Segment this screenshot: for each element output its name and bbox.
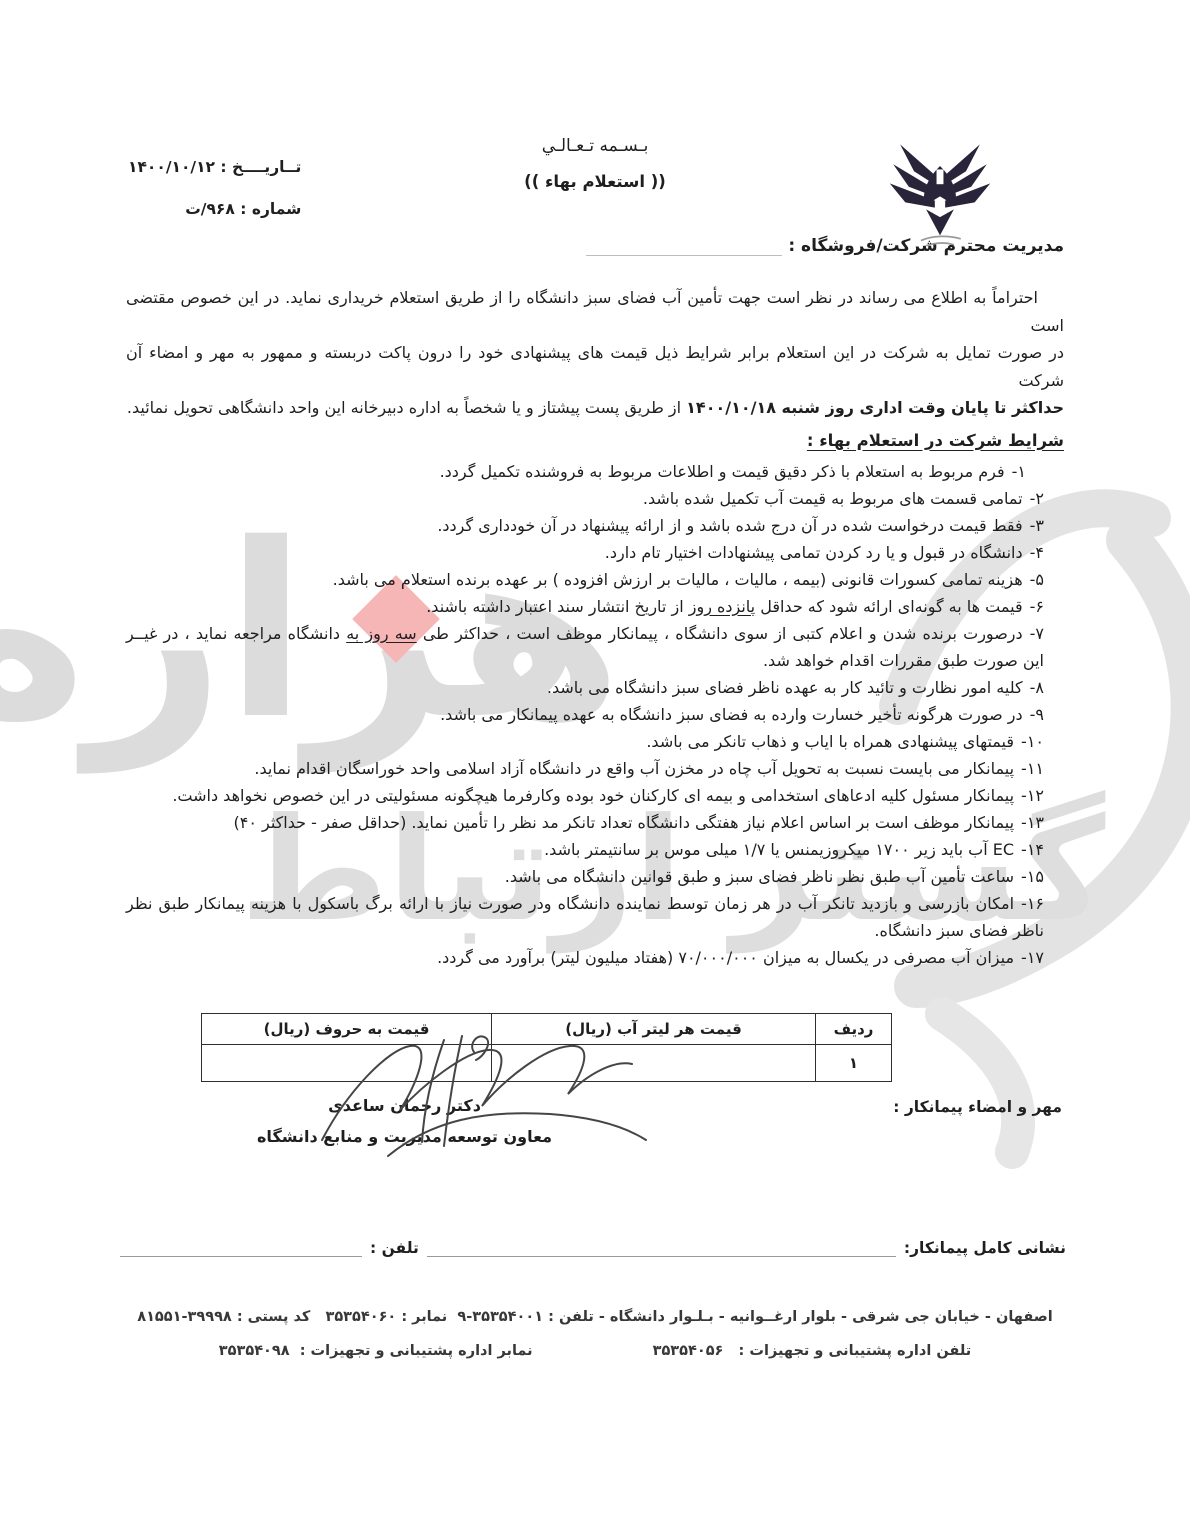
condition-underlined-text: سه روز به	[346, 624, 417, 643]
condition-text: پیمانکار موظف است بر اساس اعلام نیاز هفت…	[234, 813, 1015, 832]
condition-text: میزان آب مصرفی در یکسال به میزان ۷۰/۰۰۰/…	[437, 948, 1014, 967]
condition-number: ۱۶-	[1021, 894, 1044, 913]
condition-text: کلیه امور نظارت و تائید کار به عهده ناظر…	[547, 678, 1023, 697]
signature-scribble	[292, 1022, 687, 1174]
contractor-stamp-label: مهر و امضاء پیمانکار :	[893, 1098, 1062, 1116]
date-row: تــاريــــخ : ۱۴۰۰/۱۰/۱۲	[128, 158, 301, 176]
condition-text: ساعت تأمین آب طبق نظر ناظر فضای سبز و طب…	[505, 867, 1014, 886]
condition-text: دانشگاه در قبول و یا رد کردن تمامی پیشنه…	[605, 543, 1023, 562]
address-blank-line	[427, 1238, 896, 1257]
condition-item-7: ۷-درصورت برنده شدن و اعلام کتبی از سوی د…	[126, 620, 1064, 674]
condition-text: درصورت برنده شدن و اعلام کتبی از سوی دان…	[417, 624, 1023, 643]
recipient-row: مديريت محترم شركت/فروشگاه :	[586, 236, 1064, 256]
condition-text: پیمانکار می بایست نسبت به تحویل آب چاه د…	[254, 759, 1014, 778]
condition-item-8: ۸-کلیه امور نظارت و تائید کار به عهده نا…	[126, 674, 1064, 701]
intro-line-2: در صورت تمایل به شرکت در این استعلام برا…	[126, 339, 1064, 394]
contractor-address-row: نشانی کامل پیمانکار: تلفن :	[120, 1238, 1066, 1257]
footer-support-phone: تلفن اداره پشتیبانی و تجهیزات : ۳۵۳۵۴۰۵۶	[653, 1334, 972, 1368]
number-label: شماره :	[240, 200, 301, 218]
condition-item-12: ۱۲-پیمانکار مسئول کلیه ادعاهای استخدامی …	[126, 782, 1064, 809]
date-value: ۱۴۰۰/۱۰/۱۲	[128, 158, 215, 176]
condition-item-4: ۴-دانشگاه در قبول و یا رد کردن تمامی پیش…	[126, 539, 1064, 566]
phone-label: تلفن :	[370, 1239, 419, 1257]
letter-body: احتراماً به اطلاع می رساند در نظر است جه…	[126, 284, 1064, 1082]
condition-item-5: ۵-هزینه تمامی کسورات قانونی (بیمه ، مالی…	[126, 566, 1064, 593]
intro-line-1: احتراماً به اطلاع می رساند در نظر است جه…	[126, 284, 1064, 339]
condition-item-9: ۹-در صورت هرگونه تأخیر خسارت وارده به فض…	[126, 701, 1064, 728]
price-table-header-cell: ردیف	[816, 1013, 892, 1044]
condition-number: ۱۲-	[1021, 786, 1044, 805]
intro-line-3-rest: از طریق پست پیشتاز و یا شخصاً به اداره د…	[127, 398, 686, 417]
recipient-blank-line	[586, 237, 782, 256]
condition-text: تمامی قسمت های مربوط به قیمت آب تکمیل شد…	[643, 489, 1023, 508]
condition-number: ۱۳-	[1021, 813, 1044, 832]
condition-text: EC آب باید زیر ۱۷۰۰ میکروزیمنس یا ۱/۷ می…	[544, 840, 1014, 859]
condition-text: هزینه تمامی کسورات قانونی (بیمه ، مالیات…	[333, 570, 1023, 589]
condition-text: قیمت ها به گونه‌ای ارائه شود که حداقل	[755, 597, 1023, 616]
condition-item-13: ۱۳-پیمانکار موظف است بر اساس اعلام نیاز …	[126, 809, 1064, 836]
address-label: نشانی کامل پیمانکار:	[904, 1239, 1066, 1257]
footer-phone-line: تلفن اداره پشتیبانی و تجهیزات : ۳۵۳۵۴۰۵۶…	[0, 1334, 1190, 1368]
deadline-bold-text: حداکثر تا پایان وقت اداری روز شنبه ۱۴۰۰/…	[686, 398, 1064, 417]
condition-text: پیمانکار مسئول کلیه ادعاهای استخدامی و ب…	[172, 786, 1014, 805]
footer-support-fax: نمابر اداره پشتیبانی و تجهیزات : ۳۵۳۵۴۰۹…	[219, 1334, 533, 1368]
condition-item-14: ۱۴-EC آب باید زیر ۱۷۰۰ میکروزیمنس یا ۱/۷…	[126, 836, 1064, 863]
condition-item-16: ۱۶-امکان بازرسی و بازدید تانکر آب در هر …	[126, 890, 1064, 944]
recipient-label: مديريت محترم شركت/فروشگاه :	[788, 236, 1064, 256]
condition-number: ۱۰-	[1021, 732, 1044, 751]
number-value: ۹۶۸/ت	[185, 200, 235, 218]
condition-number: ۱۵-	[1021, 867, 1044, 886]
condition-item-15: ۱۵-ساعت تأمین آب طبق نظر ناظر فضای سبز و…	[126, 863, 1064, 890]
conditions-title: شرایط شرکت در استعلام بهاء :	[126, 427, 1064, 455]
letterhead-footer: اصفهان - خیابان جی شرقی - بلوار ارغــوان…	[0, 1300, 1190, 1368]
condition-item-3: ۳-فقط قیمت درخواست شده در آن درج شده باش…	[126, 512, 1064, 539]
date-number-block: تــاريــــخ : ۱۴۰۰/۱۰/۱۲ شماره : ۹۶۸/ت	[128, 158, 301, 242]
condition-number: ۵-	[1030, 570, 1044, 589]
intro-line-3: حداکثر تا پایان وقت اداری روز شنبه ۱۴۰۰/…	[126, 394, 1064, 422]
condition-number: ۱۷-	[1021, 948, 1044, 967]
condition-item-6: ۶-قیمت ها به گونه‌ای ارائه شود که حداقل …	[126, 593, 1064, 620]
condition-number: ۱۴-	[1021, 840, 1044, 859]
condition-number: ۱-	[1012, 462, 1026, 481]
condition-number: ۴-	[1030, 543, 1044, 562]
number-row: شماره : ۹۶۸/ت	[128, 200, 301, 218]
condition-number: ۱۱-	[1021, 759, 1044, 778]
condition-item-11: ۱۱-پیمانکار می بایست نسبت به تحویل آب چا…	[126, 755, 1064, 782]
condition-text: از تاریخ انتشار سند اعتبار داشته باشند.	[426, 597, 689, 616]
besmele-text: بـسـمه تـعـالـي	[0, 136, 1190, 156]
price-table-cell: ۱	[816, 1044, 892, 1081]
condition-number: ۷-	[1030, 624, 1044, 643]
condition-text: فرم مربوط به استعلام با ذکر دقیق قیمت و …	[440, 462, 1005, 481]
phone-blank-line	[120, 1238, 362, 1257]
condition-number: ۸-	[1030, 678, 1044, 697]
condition-number: ۶-	[1030, 597, 1044, 616]
scanned-letter-page: هزاره گستر ارتباط بـسـمه تـعـالـي (( است…	[0, 0, 1190, 1540]
condition-text: فقط قیمت درخواست شده در آن درج شده باشد …	[437, 516, 1022, 535]
condition-item-2: ۲-تمامی قسمت های مربوط به قیمت آب تکمیل …	[126, 485, 1064, 512]
conditions-list: ۱-فرم مربوط به استعلام با ذکر دقیق قیمت …	[126, 458, 1064, 971]
condition-underlined-text: پانزده روز	[689, 597, 755, 616]
condition-item-10: ۱۰-قیمتهای پیشنهادی همراه با ایاب و ذهاب…	[126, 728, 1064, 755]
condition-number: ۲-	[1030, 489, 1044, 508]
condition-item-17: ۱۷-میزان آب مصرفی در یکسال به میزان ۷۰/۰…	[126, 944, 1064, 971]
condition-text: امکان بازرسی و بازدید تانکر آب در هر زما…	[126, 894, 1044, 940]
condition-text: قیمتهای پیشنهادی همراه با ایاب و ذهاب تا…	[646, 732, 1014, 751]
condition-item-1: ۱-فرم مربوط به استعلام با ذکر دقیق قیمت …	[126, 458, 1064, 485]
condition-number: ۳-	[1030, 516, 1044, 535]
footer-address-line: اصفهان - خیابان جی شرقی - بلوار ارغــوان…	[0, 1300, 1190, 1334]
condition-text: در صورت هرگونه تأخیر خسارت وارده به فضای…	[440, 705, 1023, 724]
date-label: تــاريــــخ :	[220, 158, 301, 176]
condition-number: ۹-	[1030, 705, 1044, 724]
